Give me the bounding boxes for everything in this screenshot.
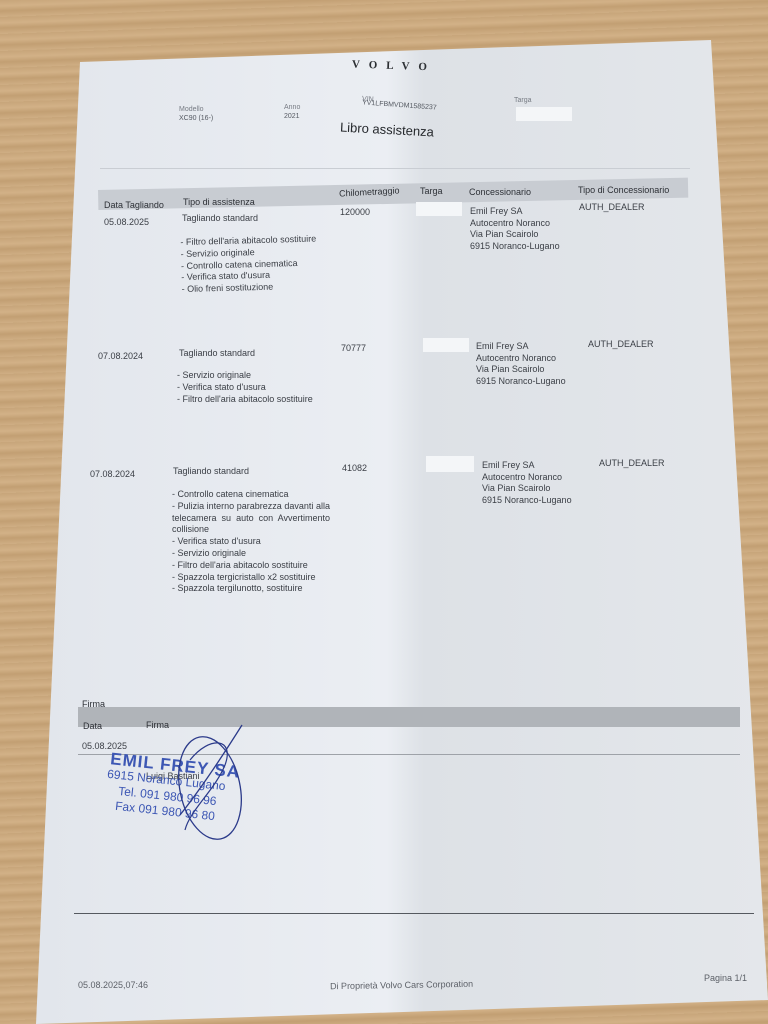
row-km: 70777 (341, 343, 366, 355)
signature-col-date: Data (83, 721, 102, 731)
row-dealer-type: AUTH_DEALER (579, 202, 645, 214)
model-value: XC90 (16-) (179, 115, 213, 122)
row-date: 05.08.2025 (104, 217, 149, 229)
row-type: Tagliando standard (182, 213, 258, 225)
plate-redacted (516, 107, 572, 121)
row-items: - Filtro dell'aria abitacolo sostituire-… (180, 233, 339, 296)
row-type: Tagliando standard (173, 466, 249, 478)
row-km: 41082 (342, 463, 367, 475)
row-dealer: Emil Frey SAAutocentro NorancoVia Pian S… (476, 341, 566, 387)
model-label: Modello (179, 106, 204, 113)
row-dealer-type: AUTH_DEALER (599, 458, 665, 470)
row-dealer: Emil Frey SAAutocentro NorancoVia Pian S… (482, 460, 572, 506)
year-label: Anno (284, 104, 300, 111)
header-divider (100, 168, 690, 169)
row-items: - Controllo catena cinematica- Pulizia i… (172, 489, 330, 595)
plate-label: Targa (514, 97, 532, 104)
row-items: - Servizio originale- Verifica stato d'u… (177, 370, 317, 405)
row-date: 07.08.2024 (90, 469, 135, 481)
col-dealer: Concessionario (469, 187, 531, 197)
col-plate: Targa (420, 186, 443, 196)
col-dealer-type: Tipo di Concessionario (578, 185, 669, 195)
row-plate-redacted (426, 456, 474, 472)
row-type: Tagliando standard (179, 348, 255, 360)
row-dealer: Emil Frey SAAutocentro NorancoVia Pian S… (470, 206, 560, 252)
row-plate-redacted (423, 338, 469, 352)
handwritten-signature-icon (160, 720, 260, 850)
row-km: 120000 (340, 207, 370, 219)
col-date: Data Tagliando (104, 200, 164, 210)
row-date: 07.08.2024 (98, 351, 143, 363)
page-number: Pagina 1/1 (704, 973, 747, 983)
col-type: Tipo di assistenza (183, 197, 255, 207)
row-plate-redacted (416, 202, 462, 216)
print-timestamp: 05.08.2025,07:46 (78, 980, 148, 990)
year-value: 2021 (284, 113, 300, 120)
row-dealer-type: AUTH_DEALER (588, 339, 654, 351)
footer-divider (74, 913, 754, 914)
